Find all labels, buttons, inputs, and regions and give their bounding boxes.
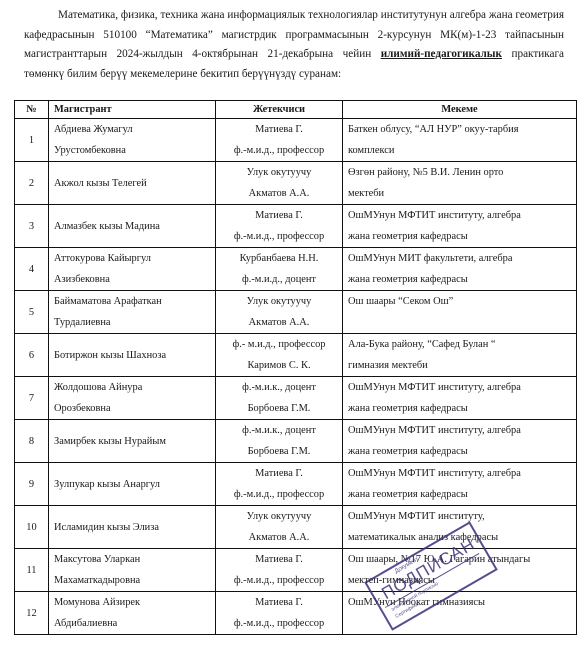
table-row: 1Абдиева ЖумагулУрустомбековнаМатиева Г.… (15, 119, 577, 162)
row-number: 3 (15, 205, 49, 248)
supervisor-line: Акматов А.А. (221, 312, 337, 333)
institution-line: жана геометрия кафедрасы (348, 441, 571, 462)
student-name-cell: Абдиева ЖумагулУрустомбековна (49, 119, 216, 162)
student-name-cell: Максутова УларканМахаматкадыровна (49, 549, 216, 592)
table-row: 12Момунова АйзирекАбдибалиевнаМатиева Г.… (15, 592, 577, 635)
student-name-cell: Жолдошова АйнураОрозбековна (49, 377, 216, 420)
supervisor-cell: Матиева Г.ф.-м.и.д., профессор (216, 119, 343, 162)
row-number: 11 (15, 549, 49, 592)
supervisor-line: ф.-м.и.д., профессор (221, 140, 337, 161)
institution-line: ОшМУнун МФТИТ институту, алгебра (348, 377, 571, 398)
supervisor-line: ф.-м.и.д., профессор (221, 226, 337, 247)
student-name-cell: Баймаматова АрафатканТурдалиевна (49, 291, 216, 334)
student-name-line: Замирбек кызы Нурайым (54, 431, 210, 452)
table-row: 4Аттокурова КайыргулАзизбековнаКурбанбае… (15, 248, 577, 291)
student-name-cell: Исламидин кызы Элиза (49, 506, 216, 549)
institution-line: жана геометрия кафедрасы (348, 269, 571, 290)
student-name-line: Турдалиевна (54, 312, 210, 333)
table-row: 3Алмазбек кызы МадинаМатиева Г.ф.-м.и.д.… (15, 205, 577, 248)
request-paragraph: Математика, физика, техника жана информа… (24, 6, 564, 84)
institution-line: жана геометрия кафедрасы (348, 398, 571, 419)
institution-cell: Ала-Бука району, “Сафед Булан “гимназия … (343, 334, 577, 377)
header-student: Магистрант (49, 101, 216, 119)
institution-line: ОшМУнун МИТ факультети, алгебра (348, 248, 571, 269)
practice-type-emphasis: илимий-педагогикалык (381, 48, 502, 60)
student-name-line: Зулпукар кызы Анаргул (54, 474, 210, 495)
row-number: 12 (15, 592, 49, 635)
table-header-row: № Магистрант Жетекчиси Мекеме (15, 101, 577, 119)
supervisor-cell: Улук окутуучуАкматов А.А. (216, 162, 343, 205)
student-name-line: Ботиржон кызы Шахноза (54, 345, 210, 366)
institution-cell: ОшМУнун МИТ факультети, алгебражана геом… (343, 248, 577, 291)
supervisor-line: ф.-м.и.к., доцент (221, 377, 337, 398)
supervisor-cell: Матиева Г.ф.-м.и.д., профессор (216, 205, 343, 248)
institution-line: Ала-Бука району, “Сафед Булан “ (348, 334, 571, 355)
student-name-line: Урустомбековна (54, 140, 210, 161)
institution-line: ОшМУнун МФТИТ институту, алгебра (348, 205, 571, 226)
header-institution: Мекеме (343, 101, 577, 119)
institution-line: жана геометрия кафедрасы (348, 226, 571, 247)
row-number: 7 (15, 377, 49, 420)
supervisor-cell: ф.- м.и.д., профессорКаримов С. К. (216, 334, 343, 377)
supervisor-line: Матиева Г. (221, 205, 337, 226)
student-name-line: Акжол кызы Телегей (54, 173, 210, 194)
row-number: 8 (15, 420, 49, 463)
institution-line: ОшМУнун МФТИТ институту, алгебра (348, 463, 571, 484)
institution-cell: Ош шаары “Секом Ош” (343, 291, 577, 334)
row-number: 6 (15, 334, 49, 377)
institution-line: гимназия мектеби (348, 355, 571, 376)
supervisor-line: Матиева Г. (221, 463, 337, 484)
institution-line: Өзгөн району, №5 В.И. Ленин орто (348, 162, 571, 183)
row-number: 4 (15, 248, 49, 291)
supervisor-cell: Курбанбаева Н.Н.ф.-м.и.д., доцент (216, 248, 343, 291)
supervisor-cell: Матиева Г.ф.-м.и.д., профессор (216, 549, 343, 592)
table-row: 10Исламидин кызы ЭлизаУлук окутуучуАкмат… (15, 506, 577, 549)
institution-cell: ОшМУнун МФТИТ институту, алгебражана гео… (343, 420, 577, 463)
supervisor-line: ф.-м.и.д., профессор (221, 484, 337, 505)
student-name-line: Азизбековна (54, 269, 210, 290)
student-name-line: Орозбековна (54, 398, 210, 419)
institution-line: жана геометрия кафедрасы (348, 484, 571, 505)
row-number: 1 (15, 119, 49, 162)
institution-cell: Өзгөн району, №5 В.И. Ленин ортомектеби (343, 162, 577, 205)
table-row: 9Зулпукар кызы АнаргулМатиева Г.ф.-м.и.д… (15, 463, 577, 506)
institution-line: мектеби (348, 183, 571, 204)
student-name-line: Алмазбек кызы Мадина (54, 216, 210, 237)
supervisor-line: Улук окутуучу (221, 291, 337, 312)
supervisor-cell: ф.-м.и.к., доцентБорбоева Г.М. (216, 377, 343, 420)
supervisor-line: Матиева Г. (221, 119, 337, 140)
institution-cell: ОшМУнун МФТИТ институту, алгебражана гео… (343, 463, 577, 506)
student-name-cell: Алмазбек кызы Мадина (49, 205, 216, 248)
student-name-cell: Зулпукар кызы Анаргул (49, 463, 216, 506)
institution-line: ОшМУнун МФТИТ институту, (348, 506, 571, 527)
supervisor-line: Каримов С. К. (221, 355, 337, 376)
supervisor-line: Борбоева Г.М. (221, 398, 337, 419)
student-name-line: Аттокурова Кайыргул (54, 248, 210, 269)
supervisor-cell: Матиева Г.ф.-м.и.д., профессор (216, 463, 343, 506)
supervisor-line: ф.-м.и.д., профессор (221, 570, 337, 591)
institution-line: комплекси (348, 140, 571, 161)
row-number: 10 (15, 506, 49, 549)
institution-cell: ОшМУнун МФТИТ институту, алгебражана гео… (343, 205, 577, 248)
supervisor-cell: Матиева Г.ф.-м.и.д., профессор (216, 592, 343, 635)
supervisor-line: ф.-м.и.к., доцент (221, 420, 337, 441)
table-row: 5Баймаматова АрафатканТурдалиевнаУлук ок… (15, 291, 577, 334)
student-name-cell: Акжол кызы Телегей (49, 162, 216, 205)
institution-cell: ОшМУнун МФТИТ институту, алгебражана гео… (343, 377, 577, 420)
row-number: 9 (15, 463, 49, 506)
row-number: 5 (15, 291, 49, 334)
header-number: № (15, 101, 49, 119)
supervisor-line: Матиева Г. (221, 549, 337, 570)
supervisor-line: Акматов А.А. (221, 183, 337, 204)
table-row: 6Ботиржон кызы Шахнозаф.- м.и.д., профес… (15, 334, 577, 377)
supervisor-line: Матиева Г. (221, 592, 337, 613)
student-name-cell: Момунова АйзирекАбдибалиевна (49, 592, 216, 635)
student-name-line: Баймаматова Арафаткан (54, 291, 210, 312)
student-name-line: Жолдошова Айнура (54, 377, 210, 398)
supervisor-line: Акматов А.А. (221, 527, 337, 548)
institution-line: Ош шаары “Секом Ош” (348, 291, 571, 312)
supervisor-line: Борбоева Г.М. (221, 441, 337, 462)
institution-line: Баткен облусу, “АЛ НУР” окуу-тарбия (348, 119, 571, 140)
supervisor-line: Улук окутуучу (221, 506, 337, 527)
supervisor-line: ф.-м.и.д., доцент (221, 269, 337, 290)
supervisor-cell: Улук окутуучуАкматов А.А. (216, 291, 343, 334)
header-supervisor: Жетекчиси (216, 101, 343, 119)
table-row: 2Акжол кызы ТелегейУлук окутуучуАкматов … (15, 162, 577, 205)
practice-assignment-table: № Магистрант Жетекчиси Мекеме 1Абдиева Ж… (14, 100, 577, 635)
student-name-line: Исламидин кызы Элиза (54, 517, 210, 538)
supervisor-cell: ф.-м.и.к., доцентБорбоева Г.М. (216, 420, 343, 463)
table-row: 7Жолдошова АйнураОрозбековнаф.-м.и.к., д… (15, 377, 577, 420)
student-name-cell: Замирбек кызы Нурайым (49, 420, 216, 463)
institution-line: ОшМУнун МФТИТ институту, алгебра (348, 420, 571, 441)
supervisor-line: Улук окутуучу (221, 162, 337, 183)
table-row: 8Замирбек кызы Нурайымф.-м.и.к., доцентБ… (15, 420, 577, 463)
student-name-line: Махаматкадыровна (54, 570, 210, 591)
student-name-line: Максутова Уларкан (54, 549, 210, 570)
supervisor-line: ф.- м.и.д., профессор (221, 334, 337, 355)
student-name-cell: Ботиржон кызы Шахноза (49, 334, 216, 377)
student-name-line: Момунова Айзирек (54, 592, 210, 613)
institution-cell: Баткен облусу, “АЛ НУР” окуу-тарбиякомпл… (343, 119, 577, 162)
supervisor-line: ф.-м.и.д., профессор (221, 613, 337, 634)
student-name-line: Абдибалиевна (54, 613, 210, 634)
student-name-line: Абдиева Жумагул (54, 119, 210, 140)
student-name-cell: Аттокурова КайыргулАзизбековна (49, 248, 216, 291)
supervisor-cell: Улук окутуучуАкматов А.А. (216, 506, 343, 549)
supervisor-line: Курбанбаева Н.Н. (221, 248, 337, 269)
row-number: 2 (15, 162, 49, 205)
